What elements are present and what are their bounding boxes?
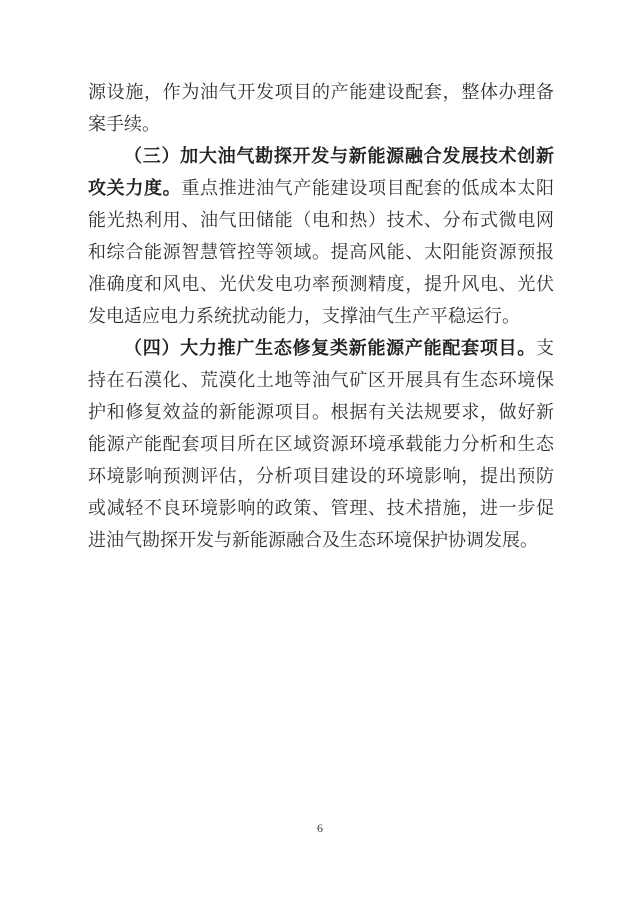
document-body: 源设施，作为油气开发项目的产能建设配套，整体办理备案手续。 （三）加大油气勘探开…	[88, 76, 554, 556]
body-paragraph: 源设施，作为油气开发项目的产能建设配套，整体办理备案手续。	[88, 76, 554, 140]
document-page: 源设施，作为油气开发项目的产能建设配套，整体办理备案手续。 （三）加大油气勘探开…	[0, 0, 640, 905]
section-heading-4: （四）大力推广生态修复类新能源产能配套项目。	[124, 338, 536, 358]
paragraph-text: 重点推进油气产能建设项目配套的低成本太阳能光热利用、油气田储能（电和热）技术、分…	[88, 178, 554, 326]
paragraph-text: 支持在石漠化、荒漠化土地等油气矿区开展具有生态环境保护和修复效益的新能源项目。根…	[88, 338, 554, 550]
paragraph-text: 源设施，作为油气开发项目的产能建设配套，整体办理备案手续。	[88, 82, 554, 134]
page-number: 6	[0, 820, 640, 836]
body-paragraph: （四）大力推广生态修复类新能源产能配套项目。支持在石漠化、荒漠化土地等油气矿区开…	[88, 332, 554, 556]
body-paragraph: （三）加大油气勘探开发与新能源融合发展技术创新攻关力度。重点推进油气产能建设项目…	[88, 140, 554, 332]
